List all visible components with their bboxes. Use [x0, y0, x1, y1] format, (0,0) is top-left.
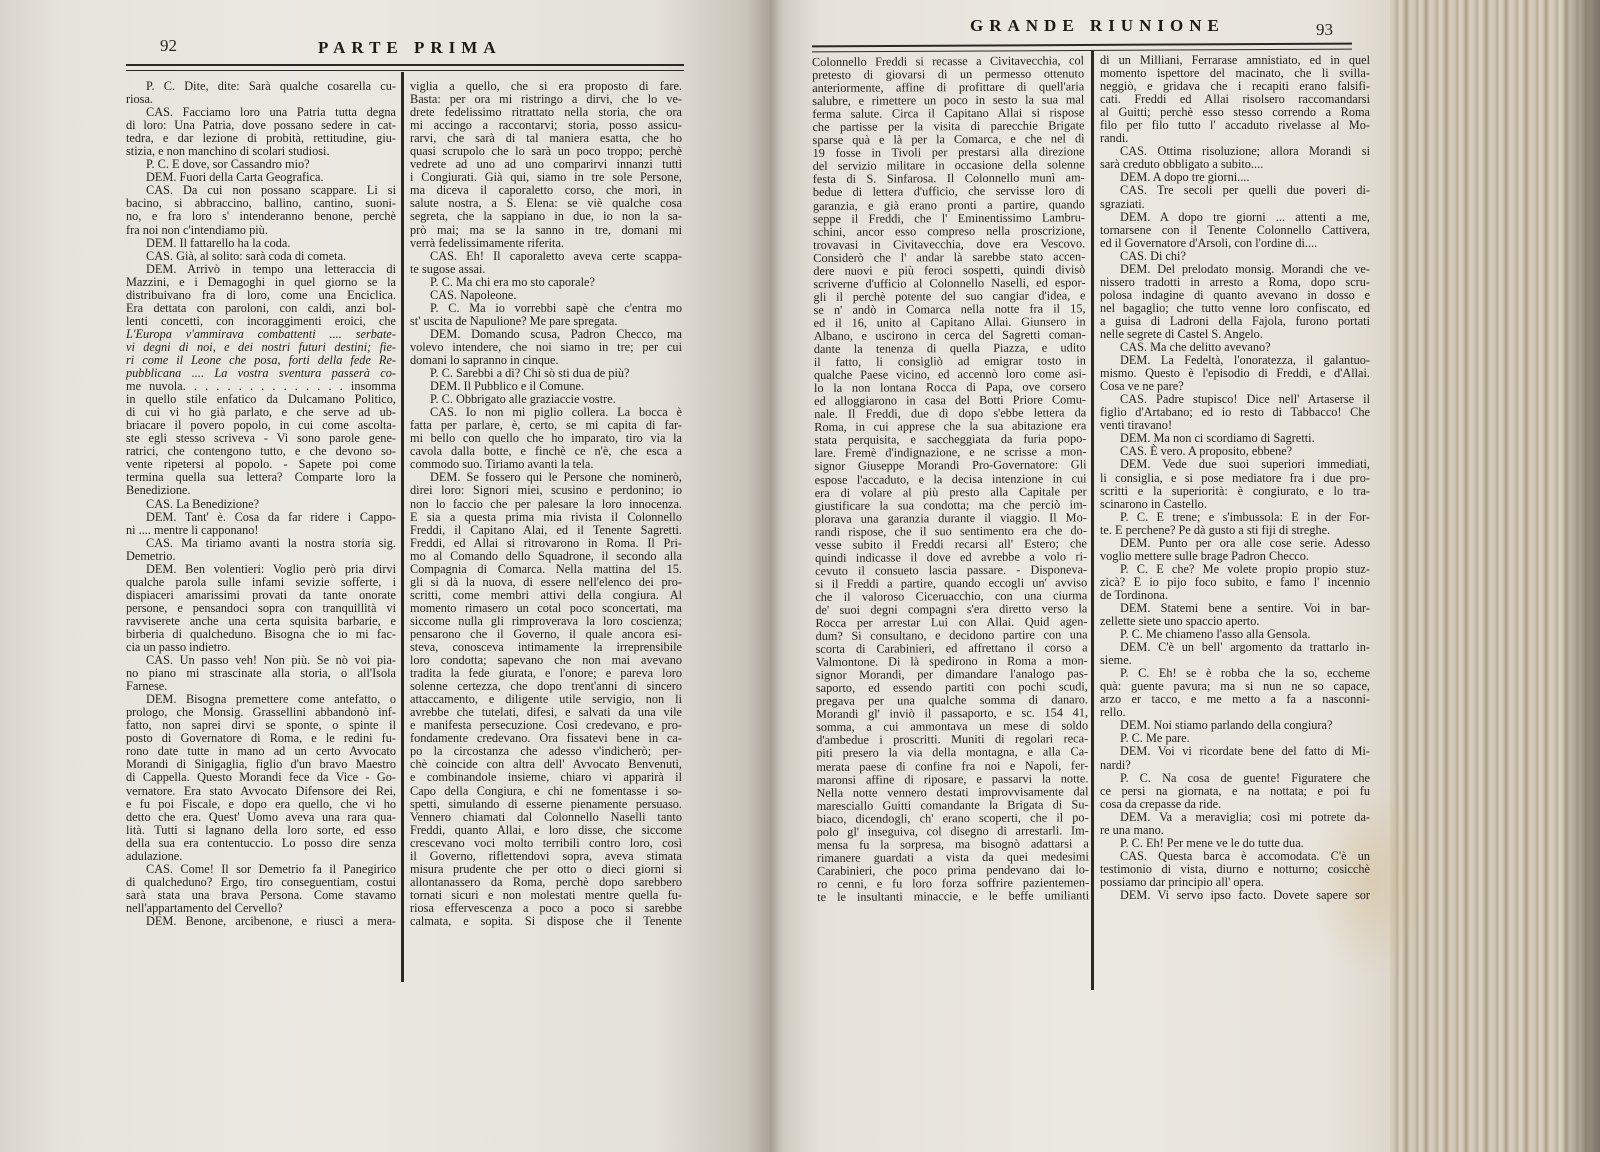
text-line: detto che era. Quest' Uomo aveva una rar…: [126, 811, 396, 824]
text-line: tornarsene con il Tenente Colonnello Cat…: [1100, 224, 1370, 237]
text-line: DEM. Vede due suoi superiori immediati,: [1100, 458, 1370, 471]
text-line: direi loro: Signori miei, scusino e perd…: [410, 484, 682, 497]
text-line: Demetrio.: [126, 550, 396, 563]
text-line: calmata, e sopita. Si dispose che il Ten…: [410, 915, 682, 928]
text-line: DEM. Punto per ora alle cose serie. Ades…: [1100, 537, 1370, 550]
text-line: E sia a questa prima mia rivista il Colo…: [410, 511, 682, 524]
text-line: te sugose assai.: [410, 263, 682, 276]
text-line: te le insultanti minaccie, e le beffe um…: [817, 889, 1089, 904]
text-column-left-1: P. C. Dite, dite: Sarà qualche cosarella…: [126, 80, 396, 928]
page-edges: [1390, 0, 1600, 1152]
text-line: DEM. Domando scusa, Padron Checco, ma: [410, 328, 682, 341]
text-line: no, e fra loro s' intenderanno benone, p…: [126, 210, 396, 223]
text-line: te. E perchene? Pe dà gusto a sti fiji d…: [1100, 524, 1370, 537]
text-line: CAS. Ma tiriamo avanti la nostra storia …: [126, 537, 396, 550]
text-line: CAS. Tre secoli per quelli due poveri di…: [1100, 184, 1370, 197]
text-line: Benedizione.: [126, 484, 396, 497]
text-column-left-2: viglia a quello, che si era proposto di …: [410, 80, 682, 928]
text-line: testimonio di vista, diurno e notturno; …: [1100, 863, 1370, 876]
text-line: filo per filo tutto l' accaduto rivelass…: [1100, 119, 1370, 132]
text-line: di qualcheduno? Ergo, tiro conseguentiam…: [126, 876, 396, 889]
text-line: gli si dà la nuova, di essere nell'elenc…: [410, 576, 682, 589]
text-column-right-1: Colonnello Freddi si recasse a Civitavec…: [812, 54, 1089, 904]
text-line: non lo faccio che per palesare la loro i…: [410, 498, 682, 511]
text-line: DEM. Voi vi ricordate bene del fatto di …: [1100, 745, 1370, 758]
text-line: prò mai; ma se la sanno in tre, domani m…: [410, 224, 682, 237]
text-line: tornati sicuri e non molestati mentre qu…: [410, 889, 682, 902]
text-line: CAS. Come! Il sor Demetrio fa il Panegir…: [126, 863, 396, 876]
text-line: vernatore. Era stato Avvocato Difensore …: [126, 785, 396, 798]
text-line: momento rimasero un cotal poco sconcerta…: [410, 602, 682, 615]
text-line: li consiglia, e si pose mediatore fra i …: [1100, 472, 1370, 485]
text-line: re una mano.: [1100, 824, 1370, 837]
text-line: nardi?: [1100, 759, 1370, 772]
text-line: Era dettata con paroloni, con caldi, anz…: [126, 302, 396, 315]
text-line: adulazione.: [126, 850, 396, 863]
text-line: P. C. Ma chi era mo sto caporale?: [410, 276, 682, 289]
text-line: CAS. La Benedizione?: [126, 498, 396, 511]
text-line: spetti, simulando di esserne pienamente …: [410, 798, 682, 811]
page-number-left: 92: [160, 36, 177, 56]
text-line: CAS. Napoleone.: [410, 289, 682, 302]
text-line: sarà stata una brava Persona. Come stava…: [126, 889, 396, 902]
text-line: Freddi, quanto Allai, e loro disse, che …: [410, 824, 682, 837]
text-line: scinarono in Castello.: [1100, 498, 1370, 511]
text-line: P. C. Na cosa de guente! Figuratere che: [1100, 772, 1370, 785]
text-line: sgraziati.: [1100, 198, 1370, 211]
text-line: DEM. Vi servo ipso facto. Dovete sapere …: [1100, 889, 1370, 902]
text-line: persone, e pensandoci sopra con tranquil…: [126, 602, 396, 615]
text-line: dispiaceri amarissimi provati da tante o…: [126, 589, 396, 602]
text-line: lità. Tutti si lagnano della loro sorte,…: [126, 824, 396, 837]
column-divider-left: [401, 72, 404, 982]
text-line: nissero tradotti in arresto a Roma, dopo…: [1100, 276, 1370, 289]
text-line: Freddi, il Capitano Alai, ed il Tenente …: [410, 524, 682, 537]
text-line: DEM. Va a meraviglia; così mi potrete da…: [1100, 811, 1370, 824]
text-line: mo al Comando dello Squadrone, il second…: [410, 550, 682, 563]
text-line: CAS. Di chi?: [1100, 250, 1370, 263]
text-line: DEM. Ben volentieri: Voglio però pria di…: [126, 563, 396, 576]
text-line: segreta, che la sappiano in due, io non …: [410, 210, 682, 223]
text-line: Capo della Congiura, e chi ne fomentasse…: [410, 785, 682, 798]
text-line: Freddi, ed Allai si ritrovarono in Roma.…: [410, 537, 682, 550]
text-line: qualche parola sulle infami sevizie soff…: [126, 576, 396, 589]
text-line: st' uscita de Napulione? Me pare spregat…: [410, 315, 682, 328]
text-line: della sua era contentuccio. Lo posso dir…: [126, 837, 396, 850]
text-line: di Cappella. Questo Morandi fece da Vice…: [126, 771, 396, 784]
text-line: DEM. Tant' è. Cosa da far ridere i Cappo…: [126, 511, 396, 524]
text-line: e combinandole insieme, chiaro vi appari…: [410, 771, 682, 784]
running-head-left: PARTE PRIMA: [318, 38, 502, 58]
text-line: scritti e la superiorità: è congiurato, …: [1100, 485, 1370, 498]
text-line: arzo er tacco, e me metto a fa a nasconn…: [1100, 693, 1370, 706]
text-line: Vennero chiamati dal Colonnello Naselli …: [410, 811, 682, 824]
column-divider-right: [1091, 50, 1094, 990]
text-line: Compagnia di Comarca. Nella mattina del …: [410, 563, 682, 576]
text-line: cosa da crepasse da ride.: [1100, 798, 1370, 811]
text-line: voglio mettere sulle brage Padron Checco…: [1100, 550, 1370, 563]
text-line: P. C. E trene; e s'imbussola: E in der F…: [1100, 511, 1370, 524]
text-line: CAS. Questa barca è accomodata. C'è un: [1100, 850, 1370, 863]
text-line: DEM. A dopo tre giorni ... attenti a me,: [1100, 211, 1370, 224]
running-head-right: GRANDE RIUNIONE: [970, 16, 1225, 36]
text-line: crescevano voci molto terribili contro l…: [410, 837, 682, 850]
text-line: ed il Governatore d'Arsoli, con l'ordine…: [1100, 237, 1370, 250]
text-line: lenti concetti, con incoraggimenti eroic…: [126, 315, 396, 328]
text-line: DEM. Arrivò in tempo una letteraccia di: [126, 263, 396, 276]
header-rule-left: [126, 64, 684, 71]
text-line: e fu poi Fiscale, e dopo era quello, che…: [126, 798, 396, 811]
text-line: L'Europa v'ammirava combattenti .... ser…: [126, 328, 396, 341]
text-column-right-2: di un Milliani, Ferrarase amnistiato, ed…: [1100, 54, 1370, 902]
text-line: zicà? E io pijo foco subito, e famo l' i…: [1100, 576, 1370, 589]
text-line: P. C. Ma io vorrebbi sapè che c'entra mo: [410, 302, 682, 315]
text-line: P. C. E che? Me volete propio propio stu…: [1100, 563, 1370, 576]
text-line: CAS. Già, al solito: sarà coda di cometa…: [126, 250, 396, 263]
text-line: distribuivano fra di loro, come una Enci…: [126, 289, 396, 302]
text-line: ce persi na giornata, e na nottata; e po…: [1100, 785, 1370, 798]
text-line: Mazzini, e i Demagoghi in quel giorno se…: [126, 276, 396, 289]
text-line: misura prudente che per otto o dieci gio…: [410, 863, 682, 876]
text-line: DEM. Benone, arcibenone, e riuscì a mera…: [126, 915, 396, 928]
text-line: siccome nulla gli rimproverava la loro c…: [410, 615, 682, 628]
text-line: verrà fedelissimamente riferita.: [410, 237, 682, 250]
text-line: nel bagaglio; che tutto venne loro confi…: [1100, 302, 1370, 315]
text-line: ravviserete anche una certa squisita bar…: [126, 615, 396, 628]
book-spread: 92 PARTE PRIMA GRANDE RIUNIONE 93 P. C. …: [0, 0, 1600, 1152]
text-line: P. C. Eh! Per mene ve le do tutte dua.: [1100, 837, 1370, 850]
text-line: P. C. Dite, dite: Sarà qualche cosarella…: [126, 80, 396, 93]
text-line: il Governo, riflettendovi sopra, aveva s…: [410, 850, 682, 863]
text-line: de Tordinona.: [1100, 589, 1370, 602]
text-line: fra noi non c'intendiamo più.: [126, 224, 396, 237]
text-line: polosa indagine di quanto avevano in dos…: [1100, 289, 1370, 302]
text-line: ni .... mentre li capponano!: [126, 524, 396, 537]
text-line: scritti, come membri attivi della congiu…: [410, 589, 682, 602]
text-line: DEM. Il fattarello ha la coda.: [126, 237, 396, 250]
text-line: allontanassero da Roma, perchè dopo sare…: [410, 876, 682, 889]
text-line: CAS. Eh! Il caporaletto aveva certe scap…: [410, 250, 682, 263]
page-number-right: 93: [1316, 20, 1333, 40]
text-line: DEM. C'è un bell' argomento da trattarlo…: [1100, 641, 1370, 654]
text-line: DEM. Del prelodato monsig. Morandi che v…: [1100, 263, 1370, 276]
